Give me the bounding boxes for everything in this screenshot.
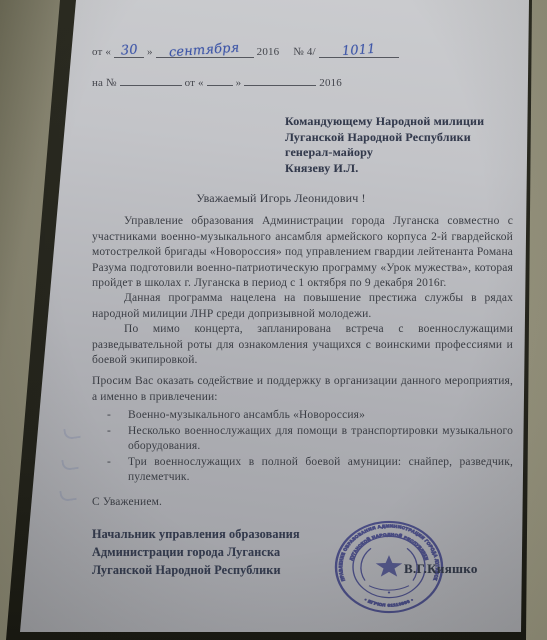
from-label: от « bbox=[92, 46, 111, 58]
addressee-line: Князеву И.Л. bbox=[285, 161, 513, 177]
paragraph-goal: Данная программа нацелена на повышение п… bbox=[92, 291, 513, 322]
signature-title-line: Администрации города Луганска bbox=[92, 543, 513, 561]
handwritten-month: сентября bbox=[169, 41, 240, 61]
paragraph-meeting: По мимо концерта, запланирована встреча … bbox=[92, 322, 513, 368]
reply-from-label: от « bbox=[185, 77, 204, 89]
signature-title-line: Начальник управления образования bbox=[92, 525, 513, 543]
paragraph-request: Просим Вас оказать содействие и поддержк… bbox=[92, 374, 513, 405]
addressee-block: Командующему Народной милиции Луганской … bbox=[285, 114, 513, 177]
number-label: № 4/ bbox=[293, 46, 315, 58]
addressee-line: Командующему Народной милиции bbox=[285, 114, 513, 130]
reply-year: 2016 bbox=[319, 77, 342, 89]
list-item-ensemble: - Военно-музыкального ансамбль «Новоросс… bbox=[92, 408, 513, 423]
salutation: Уважаемый Игорь Леонидович ! bbox=[92, 191, 470, 206]
addressee-line: генерал-майору bbox=[285, 145, 513, 161]
addressee-line: Луганской Народной Республики bbox=[285, 130, 513, 146]
registration-line-reply: на №от «»2016 bbox=[92, 72, 513, 91]
year: 2016 bbox=[257, 46, 280, 58]
closing-phrase: С Уважением. bbox=[92, 495, 513, 510]
stamp-star-icon bbox=[376, 555, 403, 577]
handwritten-number: 1011 bbox=[341, 42, 376, 60]
stamp-arc-bottom-text: • ЕГРЮЛ 61110990 • bbox=[364, 597, 415, 607]
list-item-text: Военно-музыкального ансамбль «Новороссия… bbox=[128, 409, 365, 421]
letter-content: от «30»сентября2016№ 4/1011 на №от «»201… bbox=[0, 0, 547, 640]
registration-line-date: от «30»сентября2016№ 4/1011 bbox=[92, 44, 513, 60]
reply-quote: » bbox=[236, 77, 242, 89]
handwritten-day: 30 bbox=[120, 42, 138, 59]
list-dash: - bbox=[107, 455, 111, 470]
reply-label: на № bbox=[92, 77, 117, 89]
signatory-name: В.Г.Кияшко bbox=[404, 561, 478, 577]
quote-close: » bbox=[147, 46, 153, 58]
list-item-soldiers: - Три военнослужащих в полной боевой аму… bbox=[92, 455, 513, 486]
svg-text:• ЕГРЮЛ 61110990 •: • ЕГРЮЛ 61110990 • bbox=[364, 597, 415, 607]
photo-of-letter: от «30»сентября2016№ 4/1011 на №от «»201… bbox=[0, 0, 547, 640]
list-dash: - bbox=[107, 408, 111, 423]
list-item-text: Несколько военнослужащих для помощи в тр… bbox=[128, 425, 513, 452]
paragraph-program: Управление образования Администрации гор… bbox=[92, 214, 513, 291]
list-item-transport: - Несколько военнослужащих для помощи в … bbox=[92, 424, 513, 455]
list-item-text: Три военнослужащих в полной боевой амуни… bbox=[128, 456, 513, 483]
request-list: - Военно-музыкального ансамбль «Новоросс… bbox=[92, 408, 513, 485]
list-dash: - bbox=[107, 424, 111, 439]
